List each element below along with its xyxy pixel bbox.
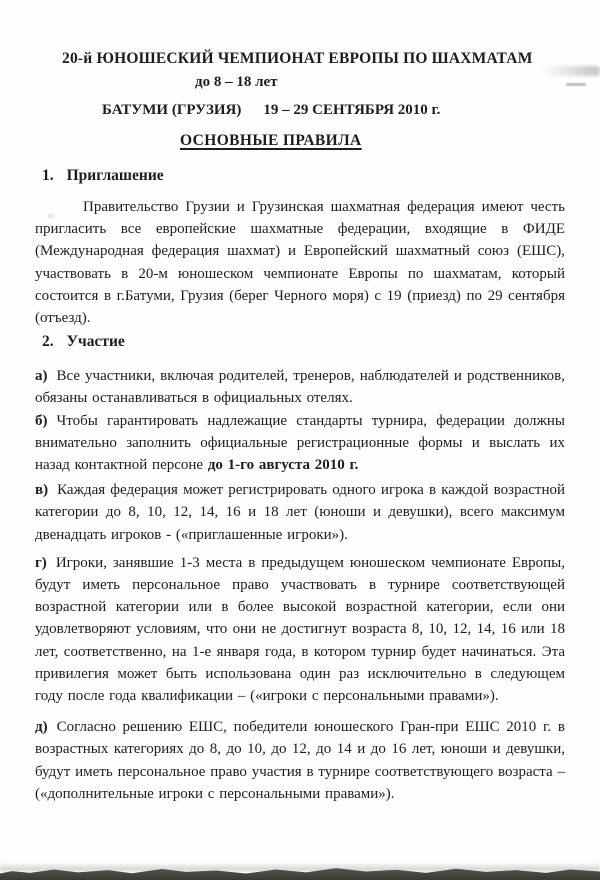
scan-artifact-top-right-smudge: [542, 66, 600, 76]
section-1-paragraph: Правительство Грузии и Грузинская шахмат…: [35, 196, 565, 329]
document-title-line1: 20-й ЮНОШЕСКИЙ ЧЕМПИОНАТ ЕВРОПЫ ПО ШАХМА…: [62, 49, 565, 69]
document-title-venue-dates: БАТУМИ (ГРУЗИЯ) 19 – 29 СЕНТЯБРЯ 2010 г.: [102, 100, 565, 120]
section-2-title: Участие: [67, 333, 125, 350]
section-1-title: Приглашение: [67, 167, 164, 184]
list-item-a: а)Все участники, включая родителей, трен…: [35, 365, 565, 409]
venue-text: БАТУМИ (ГРУЗИЯ): [102, 100, 241, 120]
rules-title-row: ОСНОВНЫЕ ПРАВИЛА: [180, 131, 565, 151]
rules-title: ОСНОВНЫЕ ПРАВИЛА: [180, 132, 362, 149]
section-1-heading: 1.Приглашение: [42, 165, 565, 187]
section-2-number: 2.: [42, 333, 54, 350]
scanned-document-page: 20-й ЮНОШЕСКИЙ ЧЕМПИОНАТ ЕВРОПЫ ПО ШАХМА…: [0, 0, 600, 880]
section-2-heading: 2.Участие: [42, 331, 565, 353]
list-item-g: г)Игроки, занявшие 1-3 места в предыдуще…: [35, 552, 565, 707]
scan-artifact-top-right-dash: [566, 83, 586, 86]
document-content: 20-й ЮНОШЕСКИЙ ЧЕМПИОНАТ ЕВРОПЫ ПО ШАХМА…: [0, 0, 600, 805]
list-item-v: в)Каждая федерация может регистрировать …: [35, 479, 565, 546]
list-item-b: б)Чтобы гарантировать надлежащие стандар…: [35, 410, 565, 477]
scan-artifact-left-speck: [47, 214, 54, 218]
scan-artifact-bottom-fuzz: [0, 862, 600, 871]
document-title-age-range: до 8 – 18 лет: [195, 72, 565, 92]
section-1-number: 1.: [42, 167, 54, 184]
list-item-d: д)Согласно решению ЕШС, победители юноше…: [35, 716, 565, 805]
dates-text: 19 – 29 СЕНТЯБРЯ 2010 г.: [263, 100, 440, 120]
